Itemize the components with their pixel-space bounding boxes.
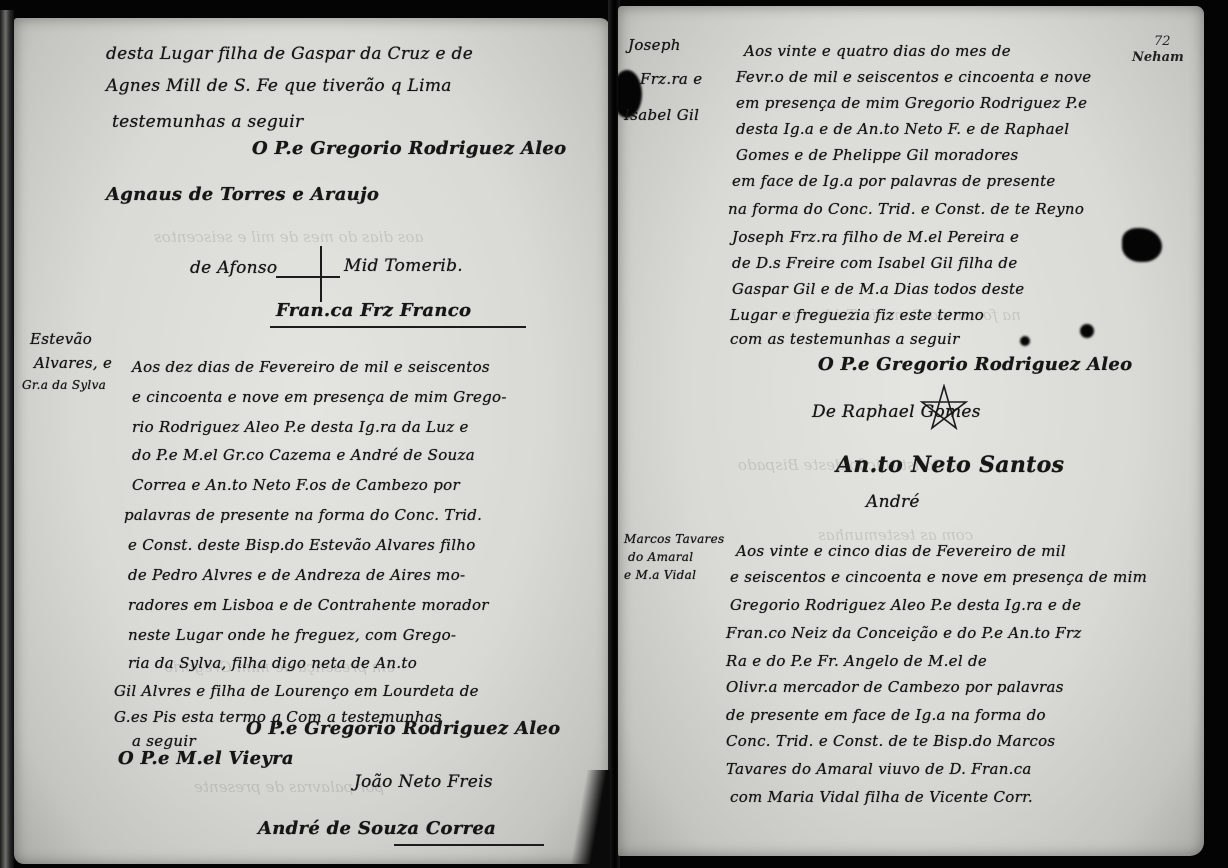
bleed-through-text: aos dias do mes de mil e seiscentos [154,228,423,246]
folio-mark: Neham [1132,50,1184,65]
scan-background: aos dias do mes de mil e seiscentos em p… [0,0,1228,868]
signature-witness: André de Souza Correa [258,818,496,839]
text-line: de D.s Freire com Isabel Gil filha de [732,254,1018,272]
text-line: com as testemunhas a seguir [730,330,960,348]
margin-note: Alvares, e [34,354,112,372]
signature-witness: de Afonso [190,258,277,278]
text-line: desta Lugar filha de Gaspar da Cruz e de [106,44,473,64]
text-line: rio Rodriguez Aleo P.e desta Ig.ra da Lu… [132,418,469,436]
text-line: Fran.co Neiz da Conceição e do P.e An.to… [726,624,1082,642]
text-line: e seiscentos e cincoenta e nove em prese… [730,568,1147,586]
text-line: testemunhas a seguir [112,112,303,132]
text-line: e Const. deste Bisp.do Estevão Alvares f… [128,536,476,554]
text-line: Agnes Mill de S. Fe que tiverão q Lima [106,76,452,96]
signature-witness: O P.e M.el Vieyra [118,748,294,769]
text-line: Aos vinte e cinco dias de Fevereiro de m… [736,542,1066,560]
text-line: Fevr.o de mil e seiscentos e cincoenta e… [736,68,1091,86]
signature-witness: De Raphael Gomes [812,402,981,422]
text-line: neste Lugar onde he freguez, com Grego- [128,626,456,644]
text-line: radores em Lisboa e de Contrahente morad… [128,596,489,614]
margin-note: Frz.ra e [640,70,702,88]
text-line: Gil Alvres e filha de Lourenço em Lourde… [114,682,479,700]
margin-note: e M.a Vidal [624,568,696,582]
text-line: de presente em face de Ig.a na forma do [726,706,1046,724]
margin-note: do Amaral [628,550,693,564]
margin-note: Estevão [30,330,92,348]
text-line: Gaspar Gil e de M.a Dias todos deste [732,280,1024,298]
text-line: palavras de presente na forma do Conc. T… [124,506,482,524]
margin-note: Gr.a da Sylva [22,378,106,392]
margin-note: Joseph [628,36,681,54]
cross-mark-icon [320,246,322,302]
text-line: do P.e M.el Gr.co Cazema e André de Souz… [132,446,475,464]
text-line: Gomes e de Phelippe Gil moradores [736,146,1019,164]
margin-note: Isabel Gil [624,106,699,124]
ink-blot [1080,324,1094,338]
text-line: Conc. Trid. e Const. de te Bisp.do Marco… [726,732,1055,750]
signature-priest: O P.e Gregorio Rodriguez Aleo [818,354,1132,375]
text-line: Olivr.a mercador de Cambezo por palavras [726,678,1064,696]
text-line: desta Ig.a e de An.to Neto F. e de Rapha… [736,120,1069,138]
text-line: Gregorio Rodriguez Aleo P.e desta Ig.ra … [730,596,1081,614]
text-line: Lugar e freguezia fiz este termo [730,306,984,324]
text-line: Aos vinte e quatro dias do mes de [744,42,1011,60]
signature-priest: O P.e Gregorio Rodriguez Aleo [246,718,560,739]
text-line: Aos dez dias de Fevereiro de mil e seisc… [132,358,490,376]
signature-flourish [394,844,544,846]
gutter-shadow [560,770,610,868]
text-line: na forma do Conc. Trid. e Const. de te R… [728,200,1084,218]
text-line: com Maria Vidal filha de Vicente Corr. [730,788,1033,806]
text-line: Joseph Frz.ra filho de M.el Pereira e [732,228,1019,246]
text-line: Tavares do Amaral viuvo de D. Fran.ca [726,760,1032,778]
entry-divider [270,326,526,328]
text-line: e cincoenta e nove em presença de mim Gr… [132,388,507,406]
cross-bar [276,276,340,278]
text-line: de Pedro Alvres e de Andreza de Aires mo… [128,566,465,584]
signature-witness: Fran.ca Frz Franco [276,300,471,321]
signature-witness: João Neto Freis [354,772,493,792]
folio-number: 72 [1154,34,1171,49]
signature-witness: An.to Neto Santos [836,452,1064,478]
book-edge-left [0,10,14,868]
ink-blot [1020,336,1030,346]
signature-witness: Mid Tomerib. [344,256,463,276]
text-line: Ra e do P.e Fr. Angelo de M.el de [726,652,987,670]
text-line: em face de Ig.a por palavras de presente [732,172,1056,190]
text-line: em presença de mim Gregorio Rodriguez P.… [736,94,1087,112]
signature-priest: O P.e Gregorio Rodriguez Aleo [252,138,566,159]
ink-blot [1122,228,1162,262]
right-page: na forma do Concilio Tridentino e Consti… [618,6,1204,856]
text-line: ria da Sylva, filha digo neta de An.to [128,654,417,672]
signature-witness: André [866,492,920,512]
signature-witness: Agnaus de Torres e Araujo [106,184,379,205]
text-line: Correa e An.to Neto F.os de Cambezo por [132,476,460,494]
margin-note: Marcos Tavares [624,532,724,546]
left-page: aos dias do mes de mil e seiscentos em p… [14,18,610,864]
